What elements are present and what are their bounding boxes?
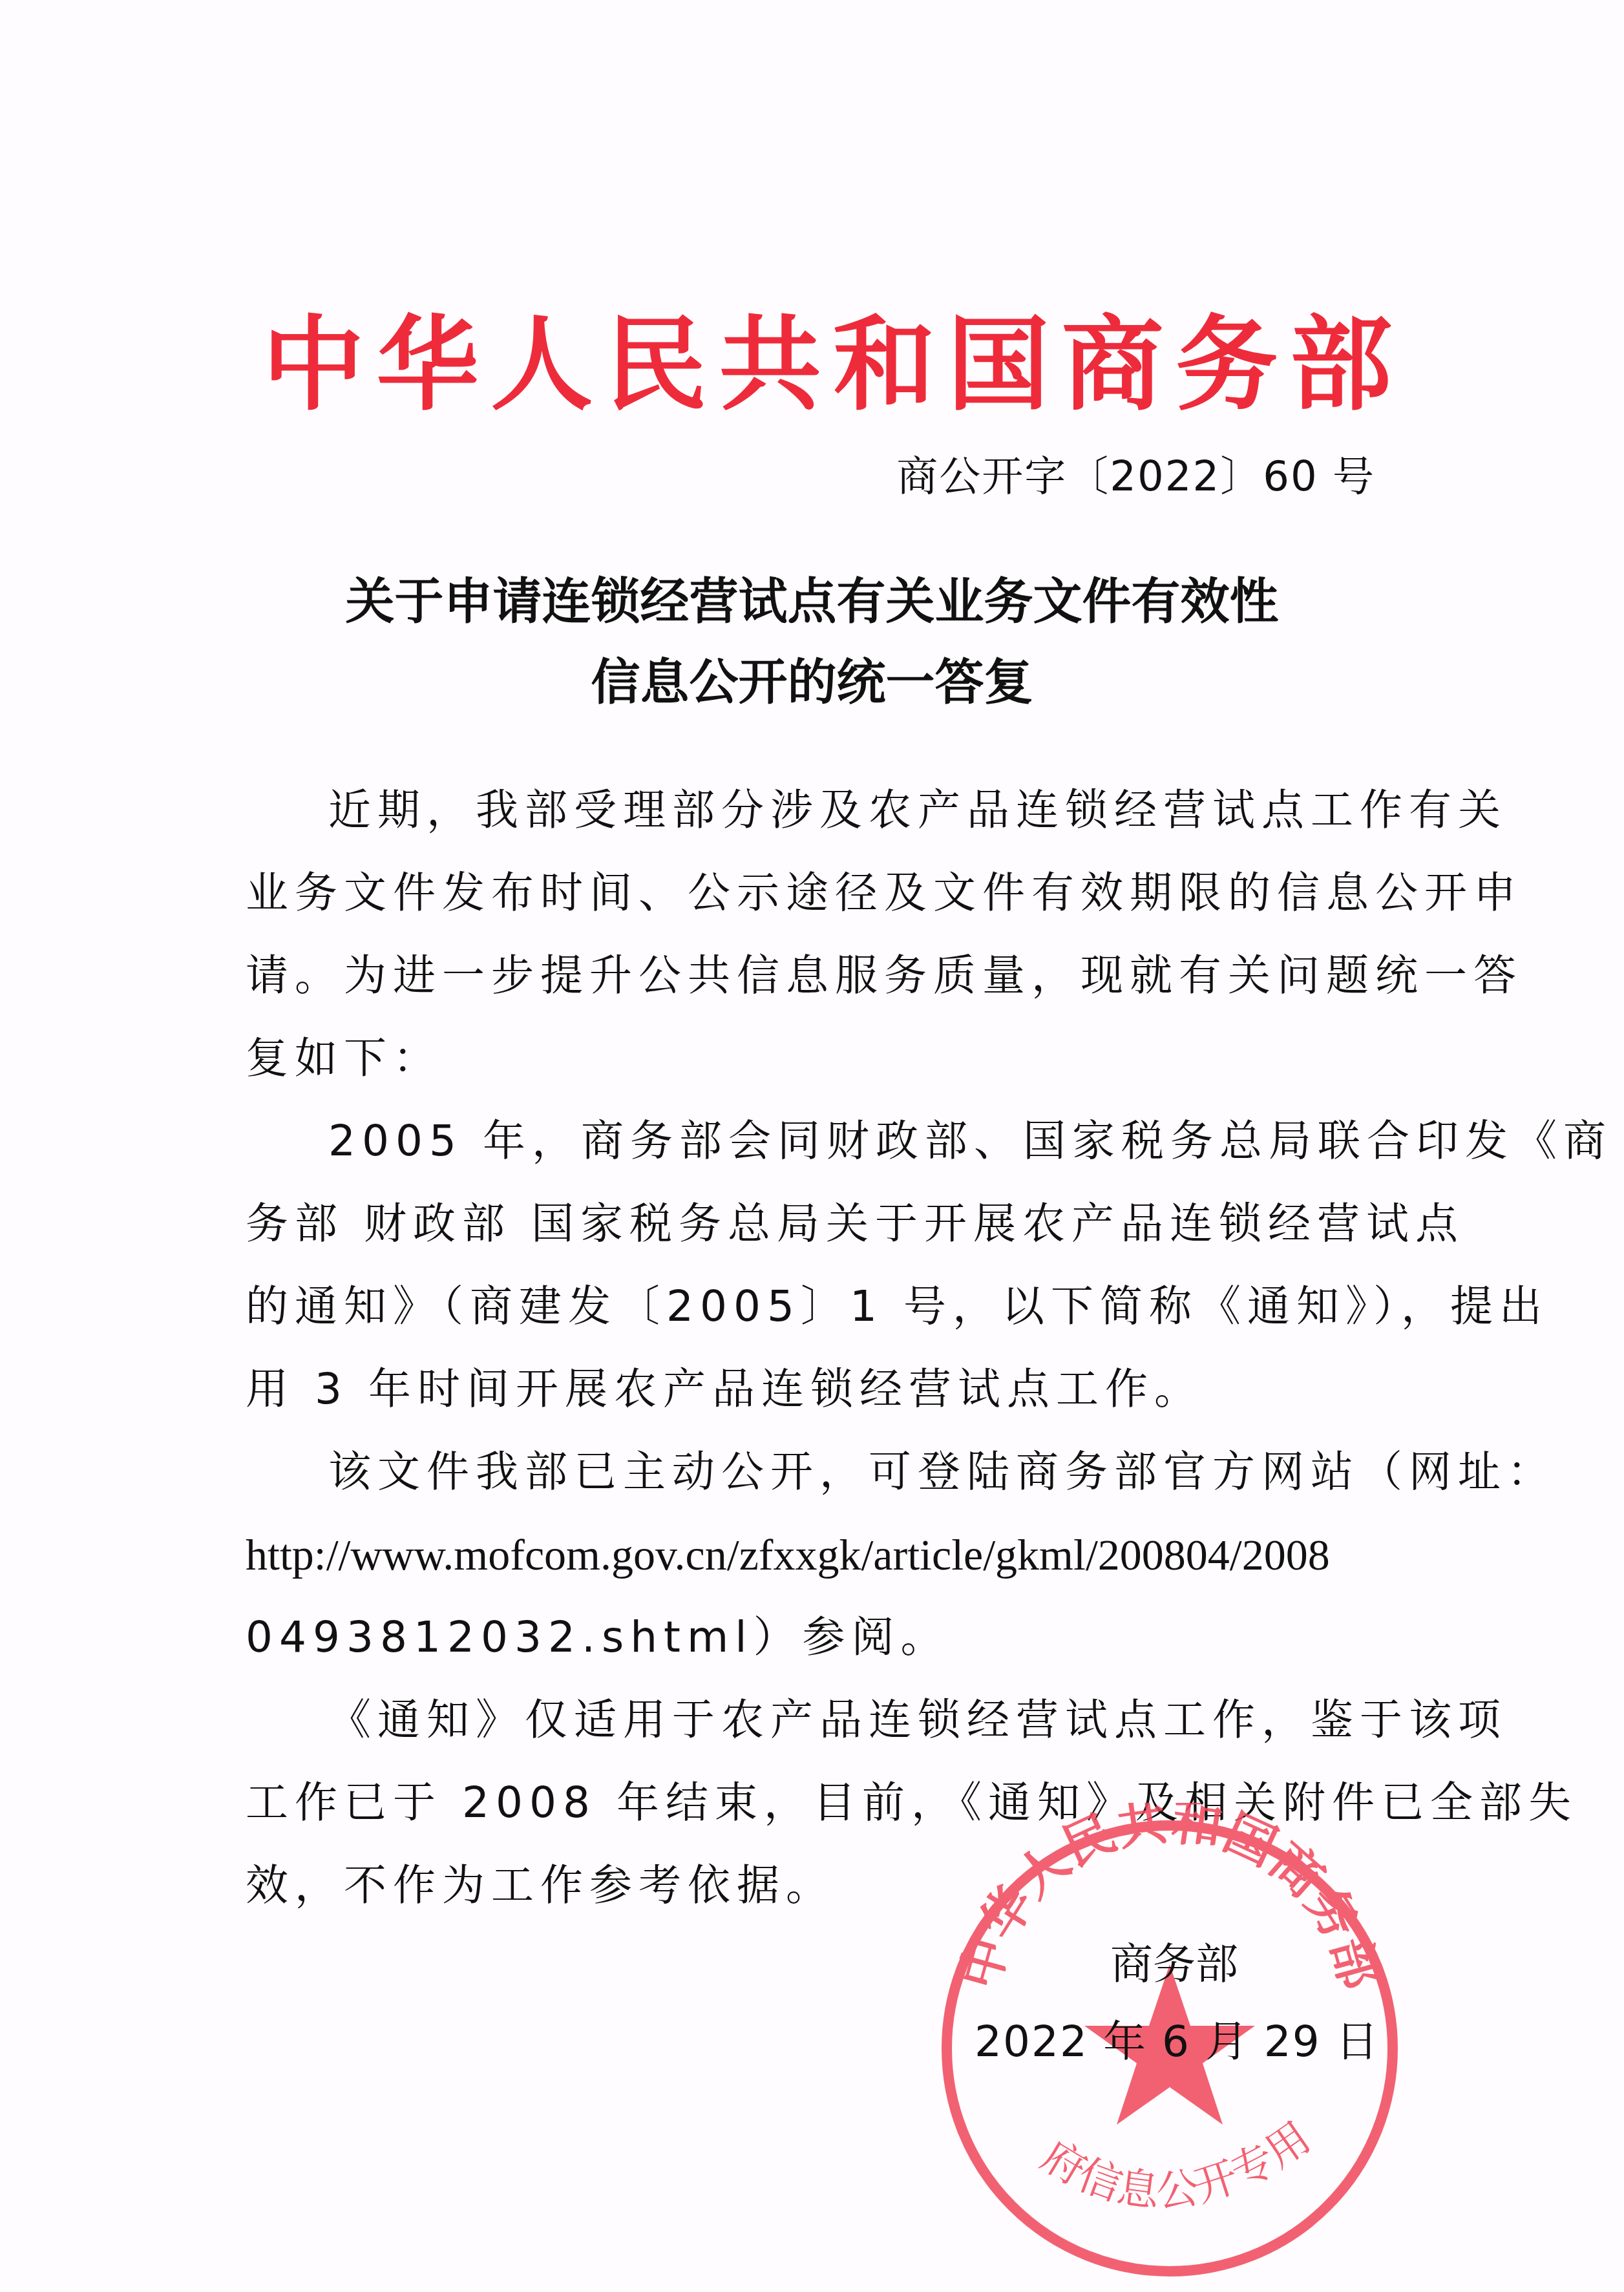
masthead-char: 共: [715, 314, 825, 416]
paragraph-2-line: 务部 财政部 国家税务总局关于开展农产品连锁经营试点: [246, 1183, 1389, 1265]
paragraph-2-line: 2005 年，商务部会同财政部、国家税务总局联合印发《商: [328, 1100, 1389, 1183]
paragraph-1-line: 复如下：: [246, 1017, 1389, 1100]
signature-organization: 商务部: [1110, 1932, 1238, 1997]
masthead-char: 部: [1286, 314, 1396, 416]
masthead-char: 华: [373, 314, 483, 416]
document-number: 商公开字〔2022〕60 号: [896, 446, 1375, 508]
signature-date: 2022 年 6 月 29 日: [975, 2010, 1380, 2074]
document-page: 中 华 人 民 共 和 国 商 务 部 商公开字〔2022〕60 号 关于申请连…: [0, 0, 1624, 2292]
paragraph-2-line: 用 3 年时间开展农产品连锁经营试点工作。: [246, 1348, 1389, 1431]
masthead-char: 务: [1172, 314, 1281, 416]
document-title-line-1: 关于申请连锁经营试点有关业务文件有效性: [0, 577, 1624, 626]
masthead: 中 华 人 民 共 和 国 商 务 部: [258, 304, 1396, 426]
paragraph-3-line: 该文件我部已主动公开，可登陆商务部官方网站（网址：: [328, 1431, 1389, 1513]
paragraph-1-line: 近期，我部受理部分涉及农产品连锁经营试点工作有关: [328, 769, 1389, 852]
masthead-char: 国: [944, 314, 1053, 416]
paragraph-1-line: 请。为进一步提升公共信息服务质量，现就有关问题统一答: [246, 934, 1389, 1017]
masthead-char: 商: [1058, 314, 1168, 416]
paragraph-3-line: 0493812032.shtml）参阅。: [246, 1596, 1389, 1679]
masthead-char: 民: [601, 314, 711, 416]
masthead-char: 中: [258, 314, 368, 416]
paragraph-4-line: 《通知》仅适用于农产品连锁经营试点工作，鉴于该项: [328, 1679, 1389, 1761]
masthead-char: 和: [829, 314, 939, 416]
paragraph-1-line: 业务文件发布时间、公示途径及文件有效期限的信息公开申: [246, 852, 1389, 934]
website-url[interactable]: http://www.mofcom.gov.cn/zfxxgk/article/…: [246, 1513, 1389, 1596]
document-title-line-2: 信息公开的统一答复: [0, 658, 1624, 707]
paragraph-2-line: 的通知》（商建发〔2005〕1 号，以下简称《通知》），提出: [246, 1265, 1389, 1348]
masthead-char: 人: [487, 314, 596, 416]
